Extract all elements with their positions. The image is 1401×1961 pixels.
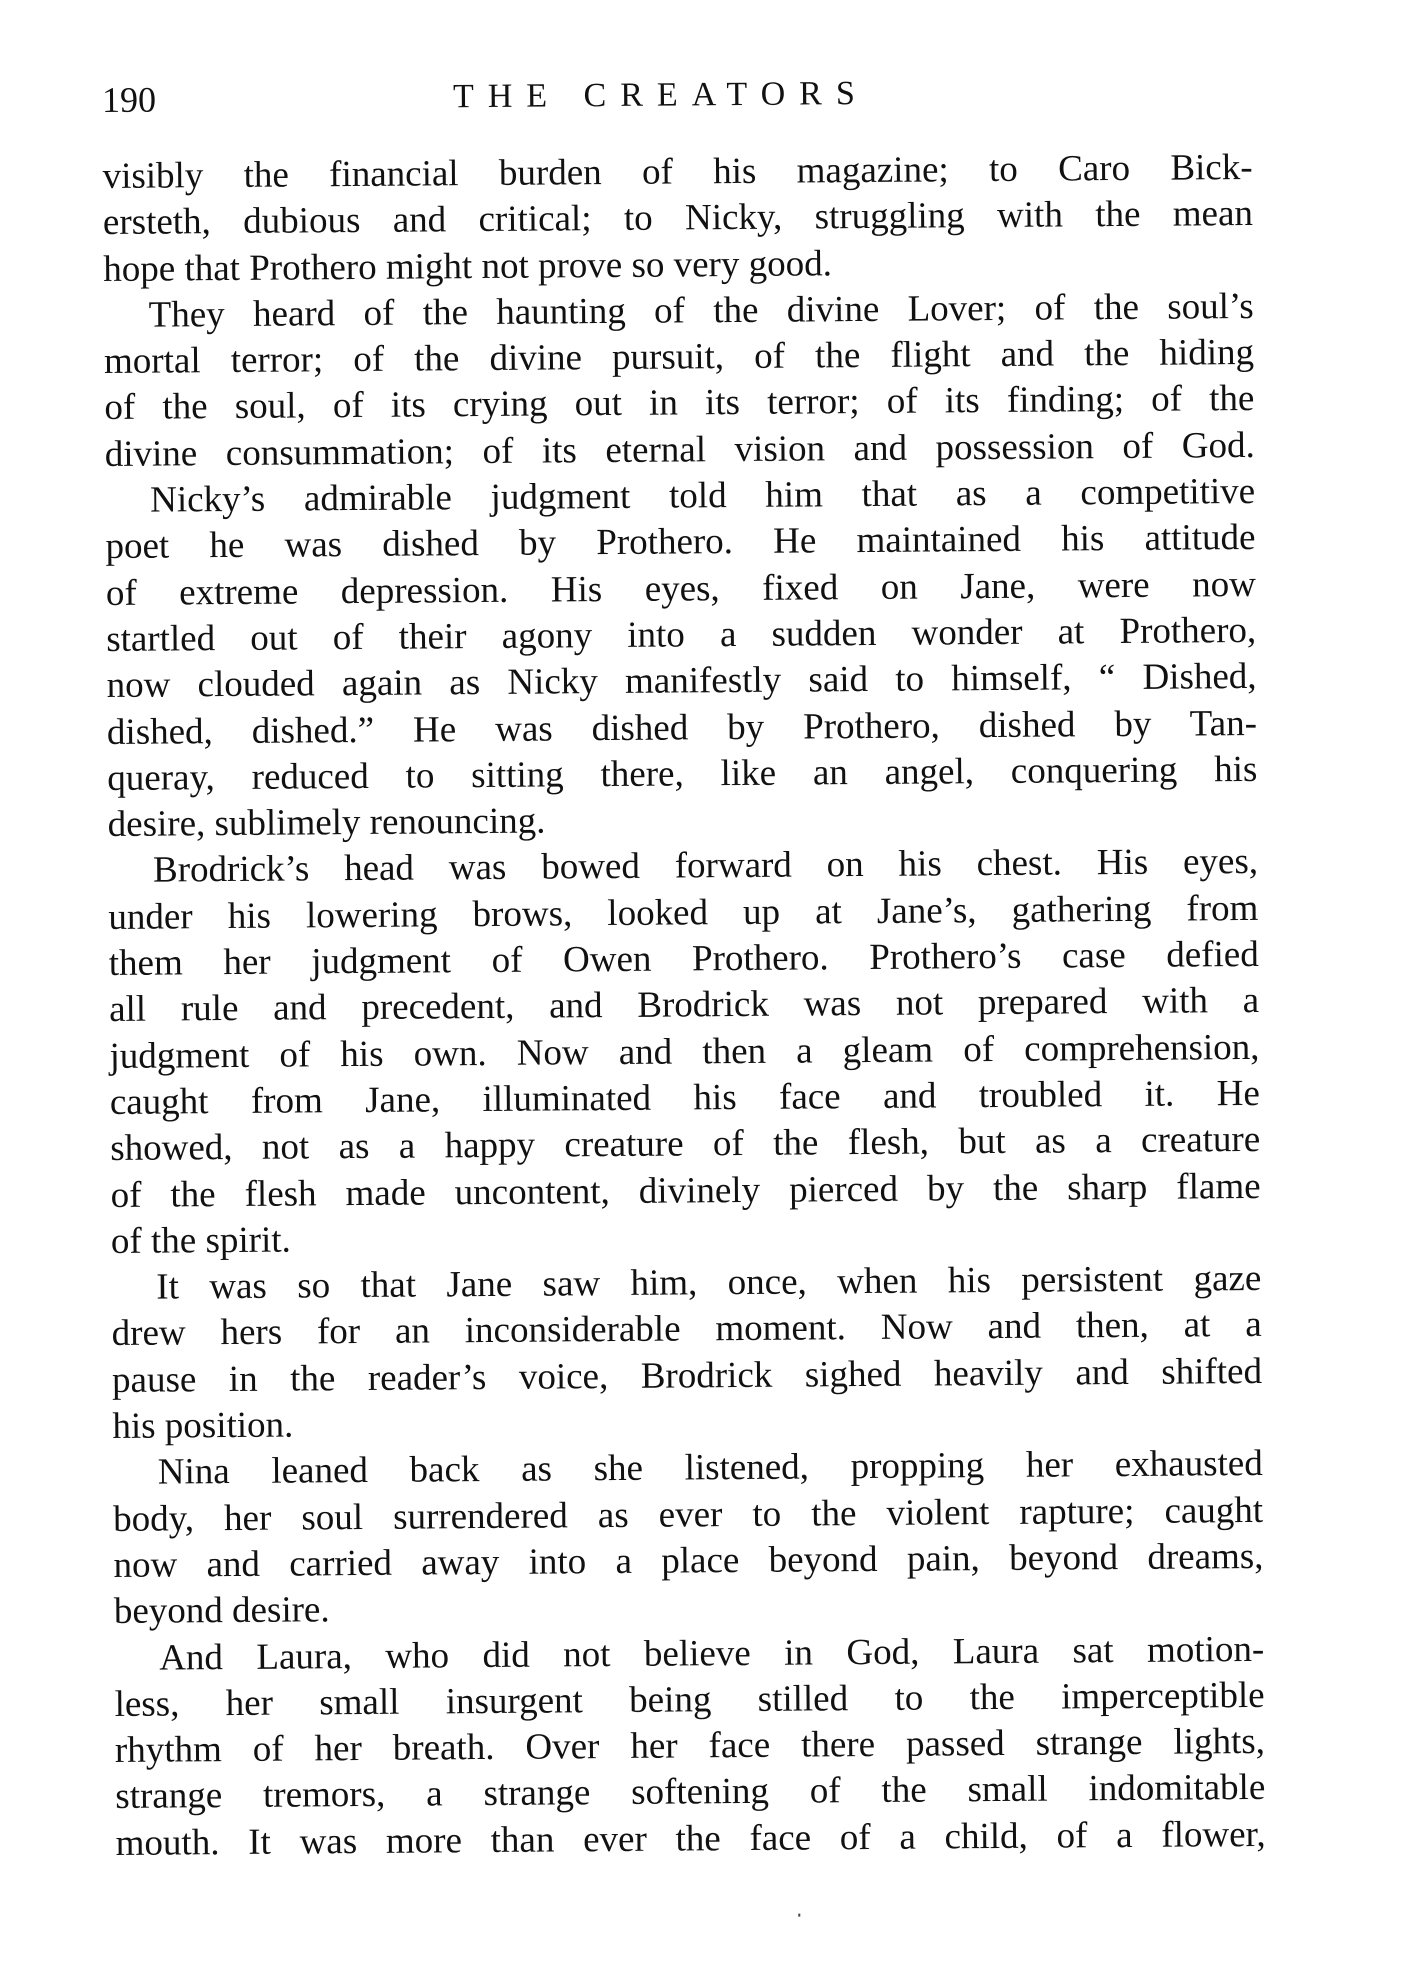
text-line: queray, reduced to sitting there, like a…: [107, 747, 1257, 802]
text-line: pause in the reader’s voice, Brodrick si…: [112, 1349, 1262, 1404]
text-line: ersteth, dubious and critical; to Nicky,…: [103, 191, 1253, 246]
paragraph: It was so that Jane saw him, once, when …: [111, 1256, 1262, 1450]
paragraph: They heard of the haunting of the divine…: [104, 284, 1255, 478]
running-title: THE CREATORS: [453, 72, 869, 119]
scan-speck: [798, 1914, 800, 1917]
body-text: visibly the financial burden of his maga…: [102, 145, 1265, 1867]
text-line: now and carried away into a place beyond…: [113, 1534, 1263, 1589]
page-number: 190: [102, 78, 156, 122]
paragraph: Nicky’s admirable judgment told him that…: [105, 469, 1258, 848]
paragraph: And Laura, who did not believe in God, L…: [114, 1626, 1266, 1867]
paragraph: Nina leaned back as she listened, proppi…: [113, 1441, 1264, 1635]
text-line: showed, not as a happy creature of the f…: [110, 1117, 1260, 1172]
text-line: now clouded again as Nicky manifestly sa…: [106, 654, 1256, 709]
text-line: of the flesh made uncontent, divinely pi…: [110, 1163, 1260, 1218]
book-page: 190 THE CREATORS visibly the financial b…: [0, 0, 1401, 1961]
text-line: mouth. It was more than ever the face of…: [116, 1812, 1266, 1867]
paragraph: Brodrick’s head was bowed forward on his…: [108, 839, 1261, 1265]
running-head: 190 THE CREATORS: [102, 69, 1252, 122]
paragraph: visibly the financial burden of his maga…: [102, 145, 1253, 293]
